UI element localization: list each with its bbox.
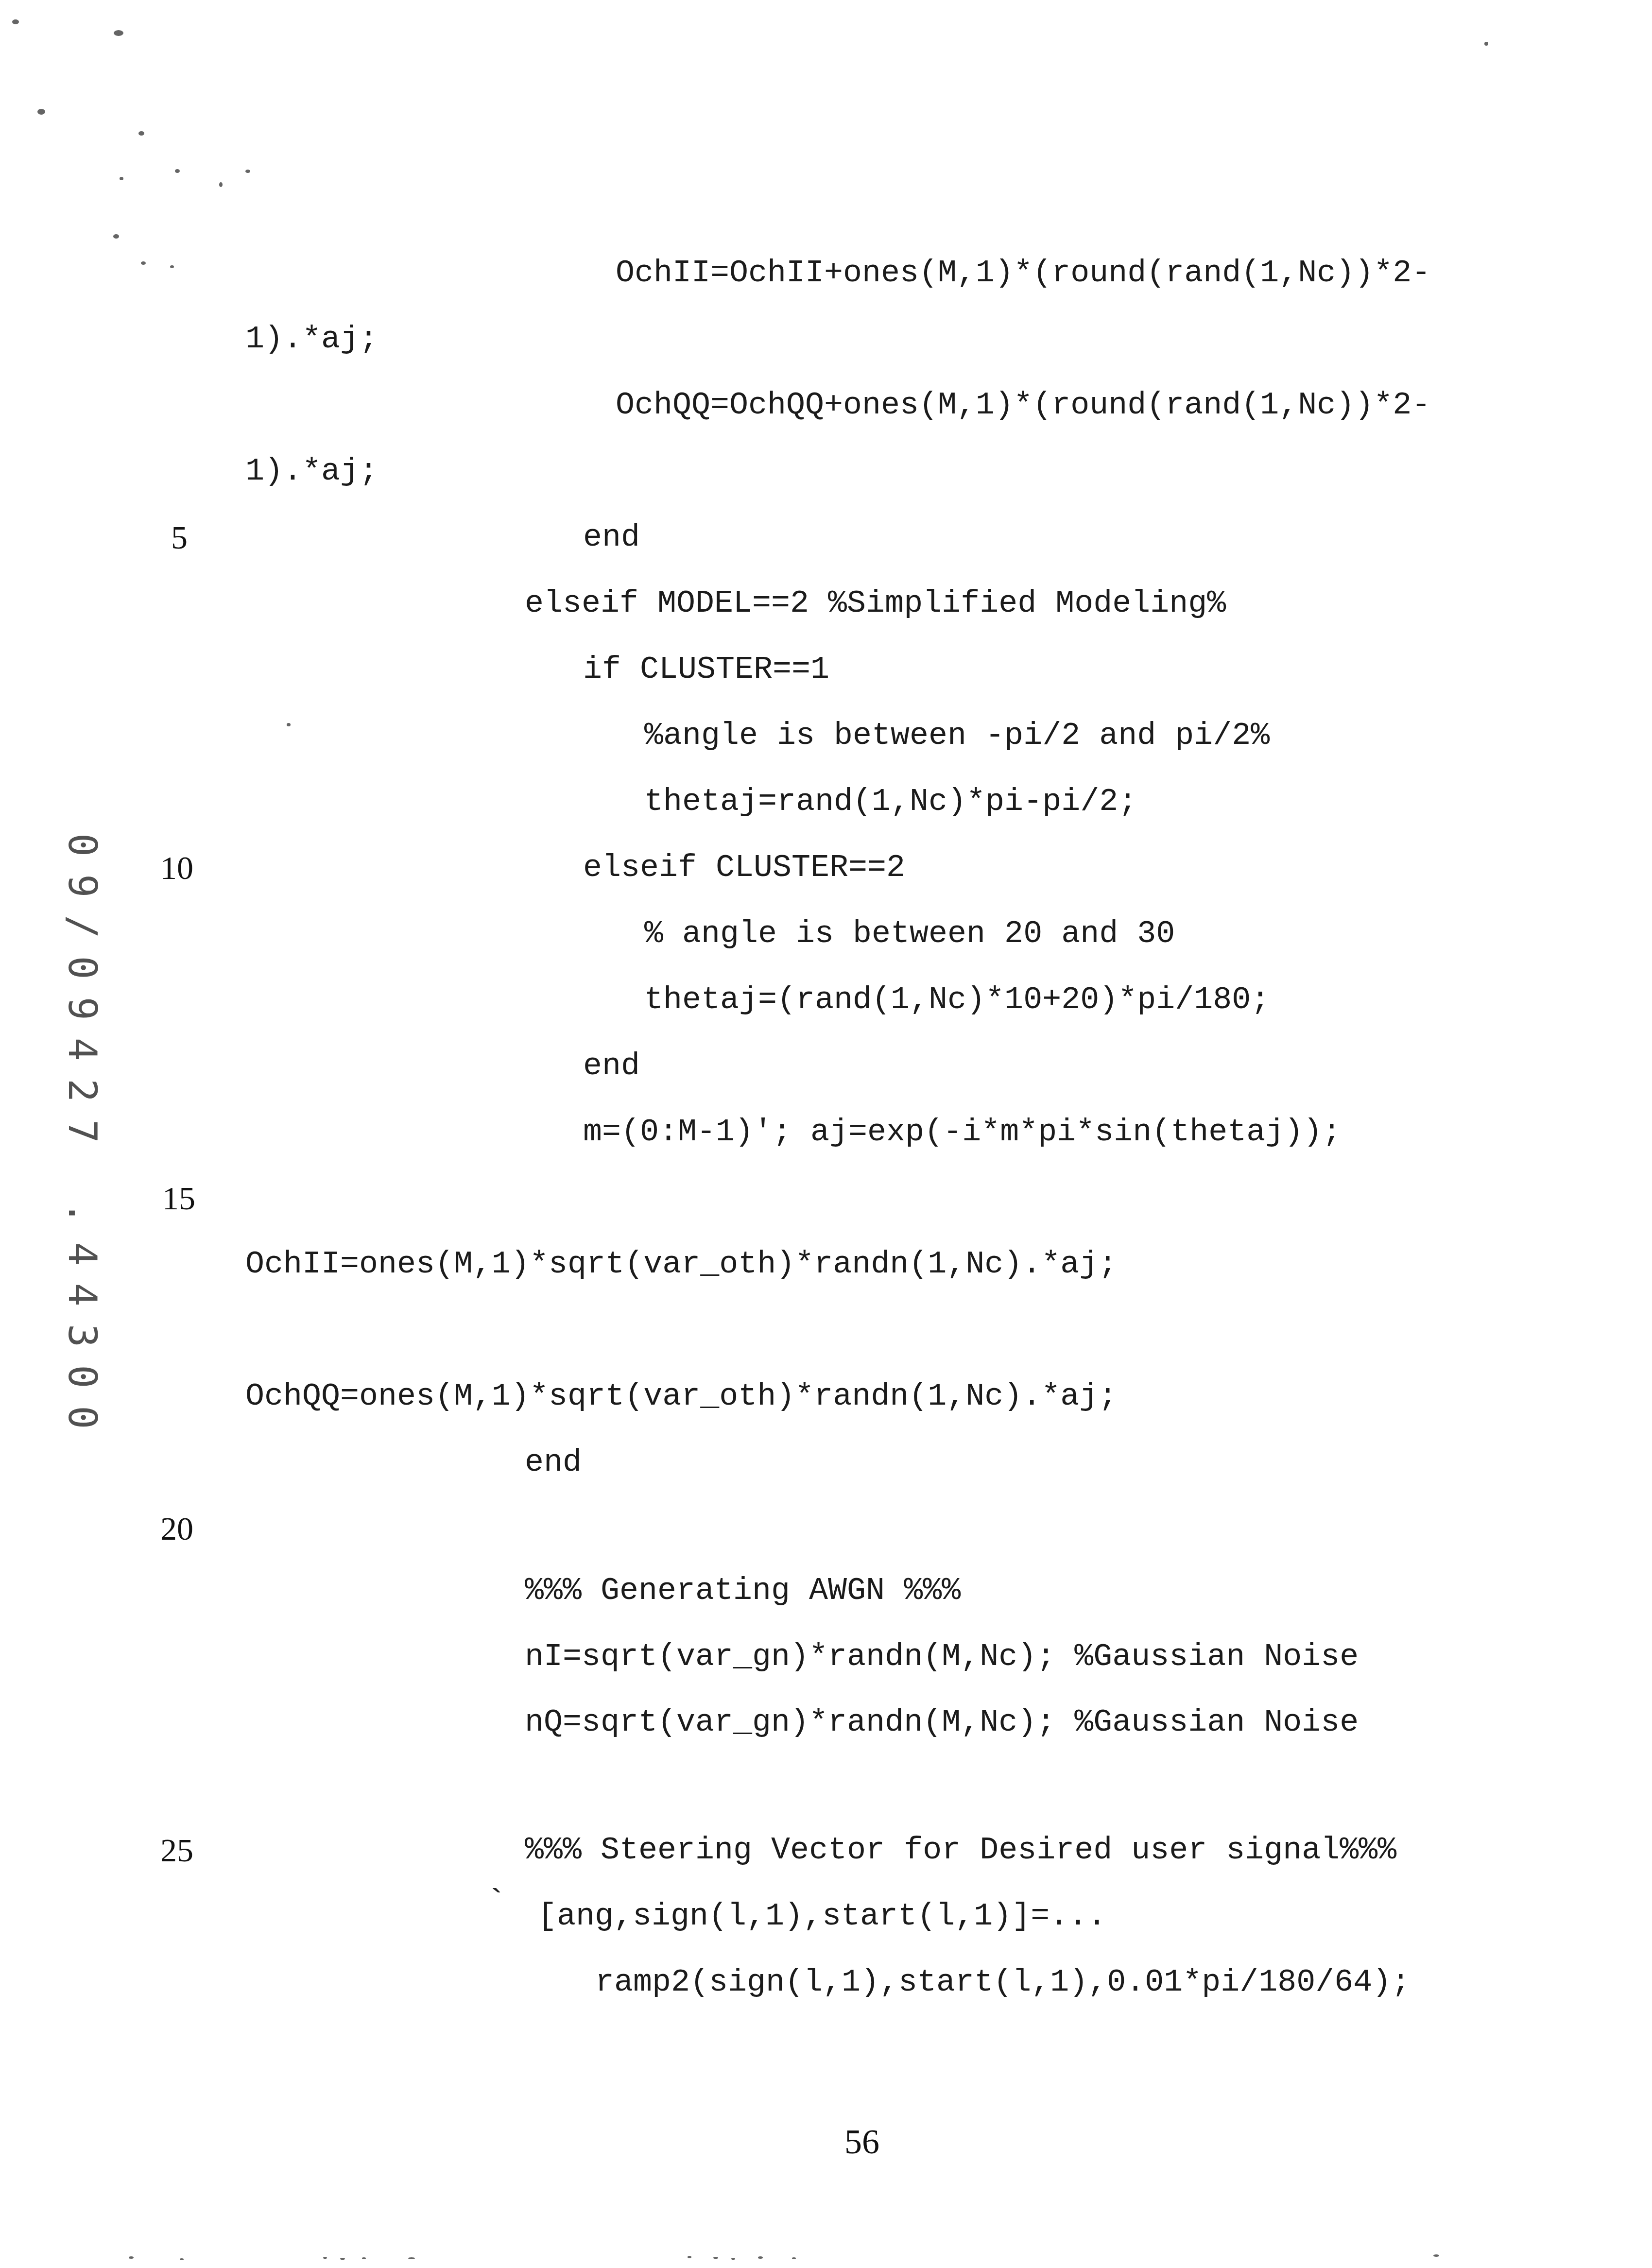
- scan-speck: [688, 2256, 691, 2258]
- scan-speck: [792, 2257, 796, 2259]
- margin-line-number: 10: [160, 851, 193, 884]
- scan-speck: [758, 2256, 763, 2259]
- code-line: % angle is between 20 and 30: [644, 918, 1175, 950]
- scan-speck: [141, 261, 146, 265]
- code-line: end: [583, 1050, 640, 1082]
- scan-speck: [180, 2258, 184, 2260]
- scan-speck: [37, 109, 45, 115]
- code-line: thetaj=(rand(1,Nc)*10+20)*pi/180;: [644, 984, 1270, 1016]
- code-line: elseif MODEL==2 %Simplified Modeling%: [525, 588, 1226, 619]
- code-line: [ang,sign(l,1),start(l,1)]=...: [538, 1901, 1106, 1932]
- scan-speck: [219, 182, 223, 187]
- page-number: 56: [844, 2124, 879, 2159]
- code-line: end: [583, 522, 640, 553]
- code-line: OchQQ=ones(M,1)*sqrt(var_oth)*randn(1,Nc…: [245, 1381, 1117, 1412]
- margin-line-number: 25: [160, 1834, 193, 1867]
- scan-speck: [114, 30, 123, 36]
- scan-speck: [1433, 2254, 1439, 2257]
- code-line: nQ=sqrt(var_gn)*randn(M,Nc); %Gaussian N…: [525, 1707, 1359, 1738]
- scan-speck: [340, 2258, 345, 2260]
- scan-speck: [713, 2257, 718, 2259]
- scan-speck: [245, 170, 250, 173]
- scan-speck: [287, 723, 291, 726]
- scan-speck: [138, 131, 144, 136]
- margin-line-number: 20: [160, 1512, 193, 1545]
- code-line: %%% Steering Vector for Desired user sig…: [525, 1835, 1396, 1866]
- scan-speck: [323, 2257, 327, 2259]
- code-line: end: [525, 1447, 582, 1478]
- code-line: OchQQ=OchQQ+ones(M,1)*(round(rand(1,Nc))…: [616, 390, 1430, 421]
- code-line: %%% Generating AWGN %%%: [525, 1575, 961, 1607]
- scan-speck: [175, 169, 180, 173]
- code-line: OchII=ones(M,1)*sqrt(var_oth)*randn(1,Nc…: [245, 1249, 1117, 1280]
- code-line: thetaj=rand(1,Nc)*pi-pi/2;: [644, 786, 1137, 818]
- scan-speck: [12, 19, 19, 24]
- code-line: if CLUSTER==1: [583, 654, 829, 686]
- code-line: %angle is between -pi/2 and pi/2%: [644, 720, 1270, 752]
- code-line: m=(0:M-1)'; aj=exp(-i*m*pi*sin(thetaj));: [583, 1117, 1341, 1148]
- code-line: OchII=OchII+ones(M,1)*(round(rand(1,Nc))…: [616, 258, 1430, 289]
- margin-line-number: 15: [162, 1182, 195, 1215]
- scan-speck: [1484, 42, 1488, 46]
- scan-speck: [120, 177, 123, 180]
- margin-line-number: 5: [171, 521, 188, 554]
- scan-speck: [129, 2256, 134, 2259]
- code-line: 1).*aj;: [245, 324, 378, 355]
- stray-tick-mark: `: [486, 1884, 507, 1924]
- scan-speck: [113, 234, 119, 239]
- code-line: ramp2(sign(l,1),start(l,1),0.01*pi/180/6…: [595, 1967, 1410, 1998]
- code-line: elseif CLUSTER==2: [583, 852, 905, 884]
- code-line: nI=sqrt(var_gn)*randn(M,Nc); %Gaussian N…: [525, 1641, 1359, 1673]
- document-page: OchII=OchII+ones(M,1)*(round(rand(1,Nc))…: [0, 0, 1652, 2268]
- scan-speck: [408, 2257, 415, 2259]
- patent-serial-stamp: 09/09427 .44300: [60, 833, 104, 1441]
- scan-speck: [362, 2257, 366, 2259]
- code-line: 1).*aj;: [245, 456, 378, 487]
- scan-speck: [731, 2258, 735, 2260]
- scan-speck: [170, 265, 174, 268]
